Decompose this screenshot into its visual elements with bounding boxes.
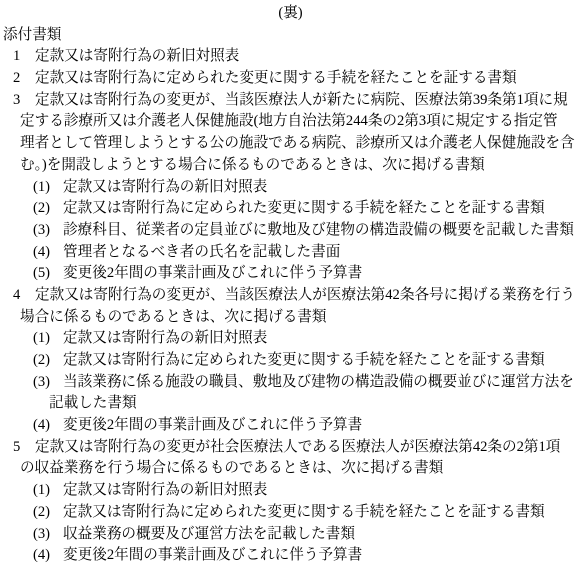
subitem-4-4: (4)変更後2年間の事業計画及びこれに伴う予算書 [0, 415, 581, 437]
subitem-3-1: (1)定款又は寄附行為の新旧対照表 [0, 177, 581, 199]
subitem-3-1-text: 定款又は寄附行為の新旧対照表 [63, 179, 267, 195]
item-5-number: 5 [13, 437, 21, 459]
subitem-4-2-text: 定款又は寄附行為に定められた変更に関する手続を経たことを証する書類 [63, 352, 545, 368]
subitem-4-2-number: (2) [33, 350, 50, 372]
page-side-label: (裏) [0, 3, 581, 25]
subitem-5-1-number: (1) [33, 480, 50, 502]
subitem-4-1: (1)定款又は寄附行為の新旧対照表 [0, 328, 581, 350]
subitem-5-4: (4)変更後2年間の事業計画及びこれに伴う予算書 [0, 545, 581, 567]
subitem-4-1-text: 定款又は寄附行為の新旧対照表 [63, 330, 267, 346]
subitem-5-1: (1)定款又は寄附行為の新旧対照表 [0, 480, 581, 502]
subitem-5-2-text: 定款又は寄附行為に定められた変更に関する手続を経たことを証する書類 [63, 504, 545, 520]
item-3-text-line-2: 定する診療所又は介護老人保健施設(地方自治法第244条の2第3項に規定する指定管 [0, 111, 581, 133]
item-4-number: 4 [13, 285, 21, 307]
subitem-5-3-text: 収益業務の概要及び運営方法を記載した書類 [63, 526, 355, 542]
subitem-3-2-text: 定款又は寄附行為に定められた変更に関する手続を経たことを証する書類 [63, 200, 545, 216]
subitem-3-5-number: (5) [33, 263, 50, 285]
subitem-4-3: (3)当該業務に係る施設の職員、敷地及び建物の構造設備の概要並びに運営方法を [0, 372, 581, 394]
subitem-4-3-number: (3) [33, 372, 50, 394]
document-page: (裏) 添付書類 1定款又は寄附行為の新旧対照表 2定款又は寄附行為に定められた… [0, 0, 581, 580]
item-3-number: 3 [13, 90, 21, 112]
item-3-text-line-1: 定款又は寄附行為の変更が、当該医療法人が新たに病院、医療法第39条第1項に規 [35, 92, 568, 108]
subitem-5-3-number: (3) [33, 524, 50, 546]
item-2-text: 定款又は寄附行為に定められた変更に関する手続を経たことを証する書類 [35, 70, 517, 86]
subitem-3-1-number: (1) [33, 177, 50, 199]
list-item-4: 4定款又は寄附行為の変更が、当該医療法人が医療法第42条各号に掲げる業務を行う [0, 285, 581, 307]
subitem-3-5: (5)変更後2年間の事業計画及びこれに伴う予算書 [0, 263, 581, 285]
subitem-3-3-number: (3) [33, 220, 50, 242]
subitem-5-2-number: (2) [33, 502, 50, 524]
list-item-5: 5定款又は寄附行為の変更が社会医療法人である医療法人が医療法第42条の2第1項 [0, 437, 581, 459]
subitem-3-4-number: (4) [33, 242, 50, 264]
subitem-5-3: (3)収益業務の概要及び運営方法を記載した書類 [0, 524, 581, 546]
subitem-4-3-text-line-2: 記載した書類 [0, 393, 581, 415]
item-3-text-line-3: 理者として管理しようとする公の施設である病院、診療所又は介護老人保健施設を含 [0, 133, 581, 155]
subitem-3-3: (3)診療科目、従業者の定員並びに敷地及び建物の構造設備の概要を記載した書類 [0, 220, 581, 242]
subitem-3-4: (4)管理者となるべき者の氏名を記載した書面 [0, 242, 581, 264]
item-4-text-line-1: 定款又は寄附行為の変更が、当該医療法人が医療法第42条各号に掲げる業務を行う [35, 287, 575, 303]
subitem-5-4-number: (4) [33, 545, 50, 567]
subitem-4-4-text: 変更後2年間の事業計画及びこれに伴う予算書 [63, 417, 362, 433]
item-3-text-line-4: む。)を開設しようとする場合に係るものであるときは、次に掲げる書類 [0, 155, 581, 177]
subitem-3-5-text: 変更後2年間の事業計画及びこれに伴う予算書 [63, 265, 362, 281]
list-item-2: 2定款又は寄附行為に定められた変更に関する手続を経たことを証する書類 [0, 68, 581, 90]
subitem-5-2: (2)定款又は寄附行為に定められた変更に関する手続を経たことを証する書類 [0, 502, 581, 524]
attached-documents-heading: 添付書類 [0, 25, 581, 47]
subitem-3-4-text: 管理者となるべき者の氏名を記載した書面 [63, 244, 340, 260]
subitem-5-1-text: 定款又は寄附行為の新旧対照表 [63, 482, 267, 498]
subitem-4-2: (2)定款又は寄附行為に定められた変更に関する手続を経たことを証する書類 [0, 350, 581, 372]
list-item-1: 1定款又は寄附行為の新旧対照表 [0, 46, 581, 68]
subitem-4-3-text-line-1: 当該業務に係る施設の職員、敷地及び建物の構造設備の概要並びに運営方法を [63, 374, 574, 390]
item-4-text-line-2: 場合に係るものであるときは、次に掲げる書類 [0, 307, 581, 329]
list-item-3: 3定款又は寄附行為の変更が、当該医療法人が新たに病院、医療法第39条第1項に規 [0, 90, 581, 112]
subitem-3-3-text: 診療科目、従業者の定員並びに敷地及び建物の構造設備の概要を記載した書類 [63, 222, 574, 238]
item-1-number: 1 [13, 46, 21, 68]
item-5-text-line-2: の収益業務を行う場合に係るものであるときは、次に掲げる書類 [0, 458, 581, 480]
subitem-4-1-number: (1) [33, 328, 50, 350]
item-1-text: 定款又は寄附行為の新旧対照表 [35, 48, 239, 64]
item-5-text-line-1: 定款又は寄附行為の変更が社会医療法人である医療法人が医療法第42条の2第1項 [35, 439, 560, 455]
subitem-3-2: (2)定款又は寄附行為に定められた変更に関する手続を経たことを証する書類 [0, 198, 581, 220]
item-2-number: 2 [13, 68, 21, 90]
subitem-3-2-number: (2) [33, 198, 50, 220]
subitem-4-4-number: (4) [33, 415, 50, 437]
subitem-5-4-text: 変更後2年間の事業計画及びこれに伴う予算書 [63, 547, 362, 563]
